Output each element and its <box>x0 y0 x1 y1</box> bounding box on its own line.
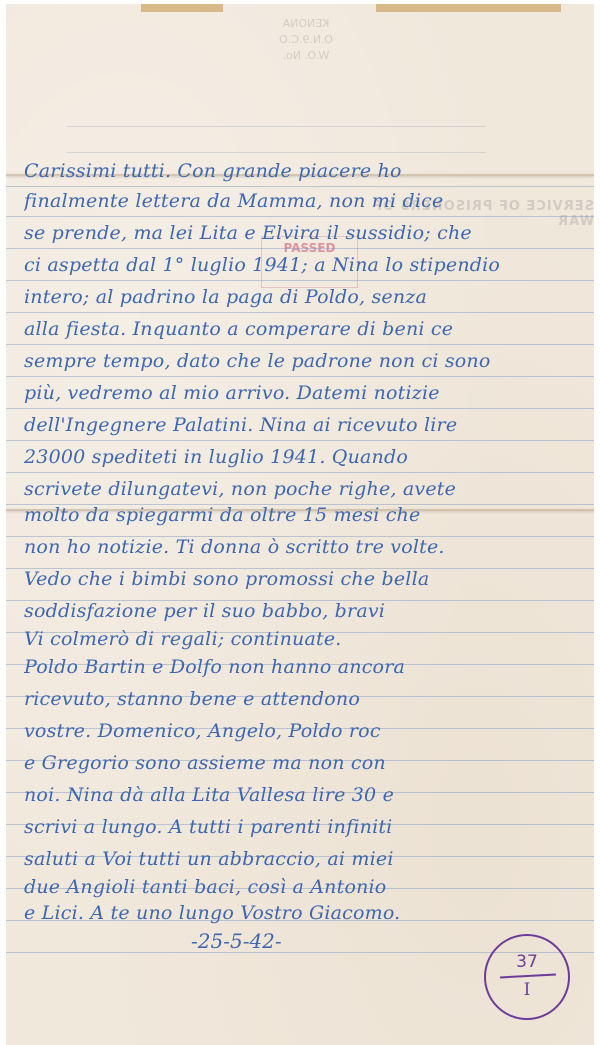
letter-line: saluti a Voi tutti un abbraccio, ai miei <box>24 848 584 870</box>
ghost-stamp-line: KENONA <box>211 16 401 32</box>
letter-line: scrivi a lungo. A tutti i parenti infini… <box>24 816 584 838</box>
letter-paper: KENONA O.N.9.C.O W.O. No. SERVICE OF PRI… <box>6 4 594 1045</box>
letter-line: 23000 spediteti in luglio 1941. Quando <box>24 446 584 468</box>
ghost-rule <box>66 126 486 127</box>
letter-line: intero; al padrino la paga di Poldo, sen… <box>24 286 584 308</box>
letter-line: se prende, ma lei Lita e Elvira il sussi… <box>24 222 584 244</box>
stamp-numerator: 37 <box>486 952 568 972</box>
letter-line: ci aspetta dal 1° luglio 1941; a Nina lo… <box>24 254 584 276</box>
censor-circle-stamp: 37 I <box>484 934 570 1020</box>
letter-line: finalmente lettera da Mamma, non mi dice <box>24 190 584 212</box>
letter-line: scrivete dilungatevi, non poche righe, a… <box>24 478 584 500</box>
letter-line: vostre. Domenico, Angelo, Poldo roc <box>24 720 584 742</box>
letter-line: Vi colmerò di regali; continuate. <box>24 628 584 650</box>
letter-line: sempre tempo, dato che le padrone non ci… <box>24 350 584 372</box>
stamp-fraction-bar <box>500 974 556 979</box>
bleed-through-stamp: KENONA O.N.9.C.O W.O. No. <box>211 16 401 111</box>
letter-line: noi. Nina dà alla Lita Vallesa lire 30 e <box>24 784 584 806</box>
letter-line: e Lici. A te uno lungo Vostro Giacomo. <box>24 902 584 924</box>
letter-line: dell'Ingegnere Palatini. Nina ai ricevut… <box>24 414 584 436</box>
letter-date: -25-5-42- <box>191 929 282 953</box>
letter-line: Vedo che i bimbi sono promossi che bella <box>24 568 584 590</box>
stamp-denominator: I <box>486 980 568 1000</box>
ghost-stamp-line: W.O. No. <box>211 48 401 64</box>
letter-line: non ho notizie. Ti donna ò scritto tre v… <box>24 536 584 558</box>
ghost-stamp-line: O.N.9.C.O <box>211 32 401 48</box>
ghost-rule <box>66 152 486 153</box>
letter-line: molto da spiegarmi da oltre 15 mesi che <box>24 504 584 526</box>
letter-line: due Angioli tanti baci, così a Antonio <box>24 876 584 898</box>
letter-line: soddisfazione per il suo babbo, bravi <box>24 600 584 622</box>
tape-strip <box>141 4 223 12</box>
letter-line: più, vedremo al mio arrivo. Datemi notiz… <box>24 382 584 404</box>
letter-line: Poldo Bartin e Dolfo non hanno ancora <box>24 656 584 678</box>
letter-line: e Gregorio sono assieme ma non con <box>24 752 584 774</box>
letter-line: alla fiesta. Inquanto a comperare di ben… <box>24 318 584 340</box>
letter-line: ricevuto, stanno bene e attendono <box>24 688 584 710</box>
letter-line: Carissimi tutti. Con grande piacere ho <box>24 160 584 182</box>
tape-strip <box>376 4 561 12</box>
